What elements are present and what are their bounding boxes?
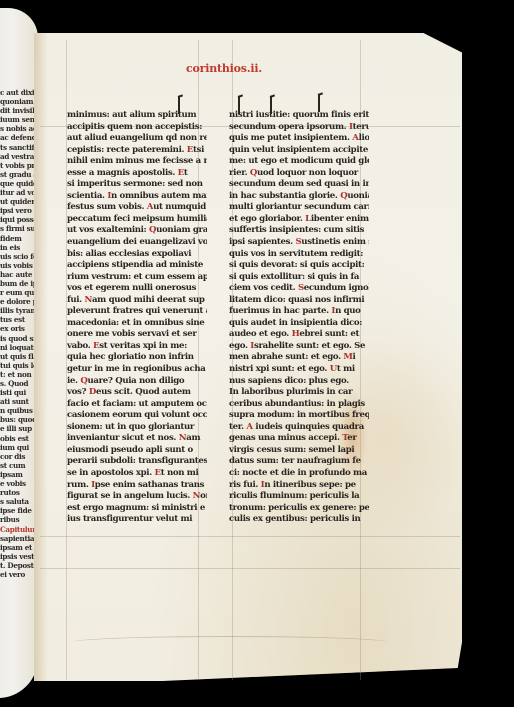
- text-line: pleverunt fratres qui venerunt a: [67, 306, 207, 318]
- text-line: cepistis: recte pateremini. Etsi: [67, 145, 207, 157]
- facing-text-line: t vobis pr: [0, 161, 36, 170]
- page-fold-line: [70, 636, 390, 649]
- text-line: multi gloriantur secundum carnem:: [229, 202, 369, 214]
- text-line: secundum deum sed quasi in insipientia:: [229, 179, 369, 191]
- facing-text-line: Capitulum: [0, 525, 36, 534]
- text-line: esse a magnis apostolis. Et: [67, 168, 207, 180]
- facing-text-line: c aut dixit: [0, 88, 36, 97]
- facing-text-line: bum de ipsi: [0, 279, 36, 288]
- text-line: perarii subdoli: transfigurantes: [67, 456, 207, 468]
- facing-text-line: tui quis lo: [0, 361, 36, 370]
- facing-page-curl: c aut dixitquoniam quidit invisibiiuum s…: [0, 8, 38, 698]
- text-line: casionem eorum qui volunt occa: [67, 410, 207, 422]
- ruling-line-bottom-text: [40, 536, 460, 537]
- text-line: figurat se in angelum lucis. Non: [67, 491, 207, 503]
- facing-text-line: e dolore pa: [0, 297, 36, 306]
- text-line: fui. Nam quod mihi deerat sup: [67, 295, 207, 307]
- facing-text-line: ipsam: [0, 470, 36, 479]
- text-line: quin velut insipientem accipite: [229, 145, 369, 157]
- rubricated-initial: A: [246, 422, 252, 432]
- text-line: getur in me in regionibus acha: [67, 364, 207, 376]
- facing-text-line: uis vobis: [0, 261, 36, 270]
- facing-text-line: ipsam et: [0, 543, 36, 552]
- facing-text-line: que quidem: [0, 179, 36, 188]
- text-line: vabo. Est veritas xpi in me:: [67, 341, 207, 353]
- text-line: rier. Quod loquor non loquor: [229, 168, 369, 180]
- text-line: riculis fluminum: periculis la: [229, 491, 369, 503]
- rubricated-initial: E: [187, 145, 193, 155]
- rubricated-initial: L: [305, 214, 311, 224]
- rubricated-initial: S: [295, 237, 301, 247]
- text-line: quis me putet insipientem. Alio: [229, 133, 369, 145]
- text-line: et ego gloriabor. Libenter enim: [229, 214, 369, 226]
- text-line: ceribus abundantius: in plagis: [229, 399, 369, 411]
- facing-page-text: c aut dixitquoniam quidit invisibiiuum s…: [0, 88, 36, 578]
- text-line: ter. A iudeis quinquies quadra: [229, 422, 369, 434]
- text-line: accipitis quem non accepistis:: [67, 122, 207, 134]
- text-line: rum. Ipse enim sathanas trans: [67, 480, 207, 492]
- text-line: me: ut ego et modicum quid glo: [229, 156, 369, 168]
- facing-text-line: hac aute: [0, 270, 36, 279]
- text-line: scientia. In omnibus autem mani: [67, 191, 207, 203]
- rubricated-initial: I: [349, 122, 353, 132]
- rubricated-initial: S: [298, 283, 304, 293]
- rubricated-initial: N: [193, 491, 201, 501]
- text-column-right: nistri iustitie: quorum finis eritsecund…: [229, 110, 369, 526]
- text-line: ego. Israhelite sunt: et ego. Se: [229, 341, 369, 353]
- text-column-left: minimus: aut alium spiritumaccipitis que…: [67, 110, 207, 526]
- text-line: accipiens stipendia ad ministe: [67, 260, 207, 272]
- rubricated-initial: I: [91, 480, 95, 490]
- text-line: ut vos exaltemini: Quoniam gratis: [67, 225, 207, 237]
- facing-text-line: ipse fide: [0, 506, 36, 515]
- facing-text-line: s saluta: [0, 497, 36, 506]
- text-line: suffertis insipientes: cum sitis: [229, 225, 369, 237]
- text-line: rium vestrum: et cum essem apud: [67, 272, 207, 284]
- facing-text-line: is quod sit: [0, 334, 36, 343]
- text-line: secundum opera ipsorum. Iterum dico: ne: [229, 122, 369, 134]
- text-line: ciem vos cedit. Secundum ignobi: [229, 283, 369, 295]
- rubricated-initial: E: [178, 168, 184, 178]
- text-line: ipsi sapientes. Sustinetis enim si: [229, 237, 369, 249]
- facing-text-line: iuum sempi: [0, 115, 36, 124]
- facing-text-line: ut quidem: [0, 197, 36, 206]
- text-line: si quis extollitur: si quis in fa: [229, 272, 369, 284]
- rubricated-initial: A: [352, 133, 358, 143]
- running-head: corinthios.ii.: [186, 62, 262, 75]
- rubricated-initial: Q: [340, 191, 347, 201]
- text-line: minimus: aut alium spiritum: [67, 110, 207, 122]
- facing-text-line: fidem: [0, 234, 36, 243]
- text-line: est ergo magnum: si ministri e: [67, 503, 207, 515]
- facing-text-line: iqui posse: [0, 215, 36, 224]
- rubricated-initial: Q: [250, 168, 257, 178]
- text-line: culis ex gentibus: periculis in: [229, 514, 369, 526]
- facing-text-line: sapientia: [0, 534, 36, 543]
- text-line: nistri iustitie: quorum finis erit: [229, 110, 369, 122]
- text-line: men abrahe sunt: et ego. Mi: [229, 352, 369, 364]
- text-line: nihil enim minus me fecisse a magnis: [67, 156, 207, 168]
- text-line: macedonia: et in omnibus sine: [67, 318, 207, 330]
- text-line: festus sum vobis. Aut numquid: [67, 202, 207, 214]
- text-line: genas una minus accepi. Ter: [229, 433, 369, 445]
- facing-text-line: rutos: [0, 488, 36, 497]
- rubricated-initial: M: [343, 352, 352, 362]
- facing-text-line: ex oris: [0, 324, 36, 333]
- text-line: in hac substantia glorie. Quoniam: [229, 191, 369, 203]
- facing-text-line: r eum qui ap: [0, 288, 36, 297]
- facing-text-line: s. Quod: [0, 379, 36, 388]
- ruling-line-foot: [40, 568, 460, 569]
- facing-text-line: ad vestram: [0, 152, 36, 161]
- rubricated-initial: T: [342, 433, 347, 443]
- text-line: nus sapiens dico: plus ego.: [229, 376, 369, 388]
- text-line: In laboribus plurimis in car: [229, 387, 369, 399]
- facing-text-line: bus: quod: [0, 415, 36, 424]
- text-line: ris fui. In itineribus sepe: pe: [229, 480, 369, 492]
- facing-text-line: e vobis: [0, 479, 36, 488]
- text-line: vos? Deus scit. Quod autem: [67, 387, 207, 399]
- text-line: euangelium dei euangelizavi vo: [67, 237, 207, 249]
- facing-text-line: ribus: [0, 515, 36, 524]
- gutter-shadow: [34, 33, 48, 681]
- facing-text-line: cor dis: [0, 452, 36, 461]
- text-line: nistri xpi sunt: et ego. Ut mi: [229, 364, 369, 376]
- facing-text-line: quoniam qui: [0, 97, 36, 106]
- text-line: ci: nocte et die in profundo ma: [229, 468, 369, 480]
- text-line: bis: alias ecclesias expoliavi: [67, 249, 207, 261]
- facing-text-line: ei vero: [0, 570, 36, 578]
- text-line: vos et egerem nulli onerosus: [67, 283, 207, 295]
- facing-text-line: s nobis ad: [0, 124, 36, 133]
- rubricated-initial: H: [292, 329, 300, 339]
- facing-text-line: uis scio fo: [0, 252, 36, 261]
- text-line: virgis cesus sum: semel lapi: [229, 445, 369, 457]
- facing-text-line: n quibus: [0, 406, 36, 415]
- rubricated-initial: N: [179, 433, 187, 443]
- facing-text-line: ipsis vestri: [0, 552, 36, 561]
- text-line: eiusmodi pseudo apli sunt o: [67, 445, 207, 457]
- text-line: sionem: ut in quo gloriantur: [67, 422, 207, 434]
- text-line: ie. Quare? Quia non diligo: [67, 376, 207, 388]
- facing-text-line: ut quis fla: [0, 352, 36, 361]
- facing-text-line: ni loquatur: [0, 343, 36, 352]
- facing-text-line: isti qui: [0, 388, 36, 397]
- text-line: audeo et ego. Hebrei sunt: et: [229, 329, 369, 341]
- rubricated-initial: N: [84, 295, 92, 305]
- facing-text-line: tus est: [0, 315, 36, 324]
- text-line: aut aliud euangelium qd non re: [67, 133, 207, 145]
- text-line: facio et faciam: ut amputem oc: [67, 399, 207, 411]
- facing-text-line: st cum: [0, 461, 36, 470]
- text-line: onere me vobis servavi et ser: [67, 329, 207, 341]
- rubricated-initial: I: [331, 306, 335, 316]
- facing-text-line: ts sanctifi: [0, 143, 36, 152]
- text-line: fuerimus in hac parte. In quo: [229, 306, 369, 318]
- text-line: si quis devorat: si quis accipit:: [229, 260, 369, 272]
- rubricated-initial: E: [93, 341, 99, 351]
- facing-text-line: dit invisibi: [0, 106, 36, 115]
- rubricated-initial: A: [147, 202, 153, 212]
- text-line: se in apostolos xpi. Et non mi: [67, 468, 207, 480]
- rubricated-initial: Q: [149, 225, 156, 235]
- facing-text-line: ipsi vero: [0, 206, 36, 215]
- facing-text-line: obis est: [0, 434, 36, 443]
- facing-text-line: e illi sup: [0, 424, 36, 433]
- rubricated-initial: I: [250, 341, 254, 351]
- text-line: litatem dico: quasi nos infirmi: [229, 295, 369, 307]
- facing-text-line: ac defenditu: [0, 133, 36, 142]
- text-line: quis vos in servitutem redigit:: [229, 249, 369, 261]
- facing-text-line: itur ad vos: [0, 188, 36, 197]
- facing-text-line: ium qui: [0, 443, 36, 452]
- text-line: datus sum: ter naufragium fe: [229, 456, 369, 468]
- facing-text-line: in eis: [0, 243, 36, 252]
- facing-text-line: t. Depost: [0, 561, 36, 570]
- facing-text-line: st gradu ab: [0, 170, 36, 179]
- text-line: ius transfigurentur velut mi: [67, 514, 207, 526]
- facing-text-line: illis tyrannus: [0, 306, 36, 315]
- rubricated-initial: U: [330, 364, 337, 374]
- text-line: tronum: periculis ex genere: peri: [229, 503, 369, 515]
- text-line: peccatum feci meipsum humilians:: [67, 214, 207, 226]
- text-line: quia hec gloriatio non infrin: [67, 352, 207, 364]
- rubricated-initial: E: [155, 468, 161, 478]
- rubricated-initial: I: [107, 191, 111, 201]
- text-line: quis audet in insipientia dico:: [229, 318, 369, 330]
- facing-text-line: ati sunt: [0, 397, 36, 406]
- rubricated-initial: Q: [80, 376, 87, 386]
- facing-text-line: s firmi sunt: [0, 224, 36, 233]
- text-line: inveniantur sicut et nos. Nam: [67, 433, 207, 445]
- rubricated-initial: D: [89, 387, 96, 397]
- text-line: supra modum: in mortibus frequen: [229, 410, 369, 422]
- text-line: si imperitus sermone: sed non: [67, 179, 207, 191]
- facing-text-line: t: et non: [0, 370, 36, 379]
- rubricated-initial: I: [261, 480, 265, 490]
